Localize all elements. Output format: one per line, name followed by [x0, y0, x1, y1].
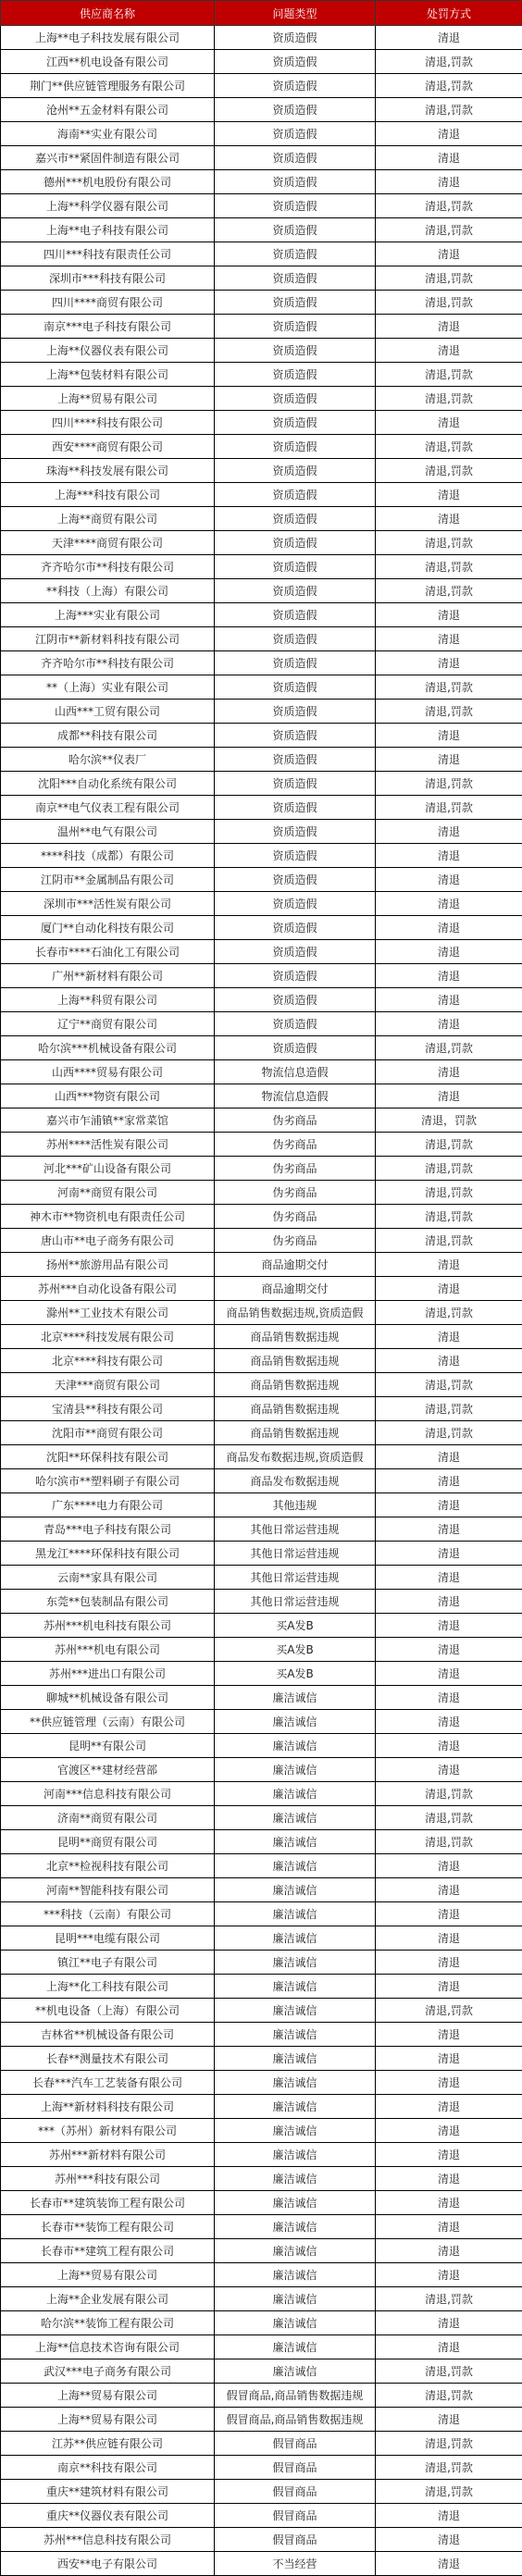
table-row: 上海**企业发展有限公司廉洁诚信清退,罚款 [1, 2287, 522, 2311]
penalty-cell: 清退,罚款 [376, 555, 522, 579]
issue-type-cell: 资质造假 [215, 98, 376, 122]
supplier-name-cell: 苏州***进出口有限公司 [1, 1662, 215, 1686]
penalty-cell: 清退,罚款 [376, 1133, 522, 1157]
table-row: 北京****科技发展有限公司商品销售数据违规清退 [1, 1325, 522, 1349]
issue-type-cell: 伪劣商品 [215, 1229, 376, 1253]
issue-type-cell: 廉洁诚信 [215, 2095, 376, 2119]
supplier-name-cell: 江苏**供应链有限公司 [1, 2432, 215, 2456]
table-row: 山西***物资有限公司物流信息造假清退 [1, 1084, 522, 1108]
supplier-name-cell: 苏州***自动化设备有限公司 [1, 1277, 215, 1301]
penalty-cell: 清退，罚款 [376, 1108, 522, 1133]
table-row: 上海**新材料科技有限公司廉洁诚信清退 [1, 2095, 522, 2119]
issue-type-cell: 资质造假 [215, 507, 376, 531]
issue-type-cell: 资质造假 [215, 675, 376, 700]
supplier-name-cell: 长春***汽车工艺装备有限公司 [1, 2071, 215, 2095]
penalty-cell: 清退,罚款 [376, 772, 522, 796]
penalty-cell: 清退 [376, 844, 522, 868]
table-row: 南京**科技有限公司假冒商品清退,罚款 [1, 2456, 522, 2480]
table-row: 温州**电气有限公司资质造假清退 [1, 820, 522, 844]
supplier-name-cell: 昆明***电缆有限公司 [1, 1926, 215, 1951]
issue-type-cell: 物流信息造假 [215, 1084, 376, 1108]
table-row: 江西**机电设备有限公司资质造假清退,罚款 [1, 50, 522, 74]
issue-type-cell: 廉洁诚信 [215, 1926, 376, 1951]
penalty-cell: 清退,罚款 [376, 1205, 522, 1229]
supplier-name-cell: 长春市**装饰工程有限公司 [1, 2215, 215, 2239]
issue-type-cell: 不当经营 [215, 2552, 376, 2576]
penalty-cell: 清退 [376, 2408, 522, 2432]
table-row: 北京****科技有限公司商品销售数据违规清退 [1, 1349, 522, 1373]
supplier-name-cell: 南京**科技有限公司 [1, 2456, 215, 2480]
table-row: 山西***工贸有限公司资质造假清退,罚款 [1, 700, 522, 724]
issue-type-cell: 商品逾期交付 [215, 1253, 376, 1277]
supplier-name-cell: 昆明**有限公司 [1, 1734, 215, 1758]
issue-type-cell: 假冒商品 [215, 2456, 376, 2480]
table-row: 山西****贸易有限公司物流信息造假清退 [1, 1060, 522, 1084]
table-row: 苏州***信息科技有限公司假冒商品清退 [1, 2528, 522, 2552]
supplier-name-cell: 海南**实业有限公司 [1, 122, 215, 146]
table-row: 苏州***机电有限公司买A发B清退 [1, 1638, 522, 1662]
table-row: 上海**电子科技发展有限公司资质造假清退 [1, 26, 522, 50]
penalty-cell: 清退 [376, 315, 522, 339]
issue-type-cell: 买A发B [215, 1662, 376, 1686]
table-header-row: 供应商名称 问题类型 处罚方式 [1, 1, 522, 26]
issue-type-cell: 资质造假 [215, 483, 376, 507]
issue-type-cell: 廉洁诚信 [215, 1710, 376, 1734]
issue-type-cell: 廉洁诚信 [215, 2263, 376, 2287]
issue-type-cell: 假冒商品 [215, 2432, 376, 2456]
penalty-cell: 清退 [376, 1975, 522, 1999]
issue-type-cell: 资质造假 [215, 579, 376, 603]
issue-type-cell: 假冒商品,商品销售数据违规 [215, 2384, 376, 2408]
supplier-name-cell: 苏州***机电科技有限公司 [1, 1614, 215, 1638]
penalty-cell: 清退,罚款 [376, 194, 522, 218]
supplier-name-cell: 北京****科技有限公司 [1, 1349, 215, 1373]
supplier-name-cell: 山西***工贸有限公司 [1, 700, 215, 724]
table-row: 长春市**建筑工程有限公司廉洁诚信清退 [1, 2239, 522, 2263]
table-row: 沈阳**环保科技有限公司商品发布数据违规,资质造假清退 [1, 1445, 522, 1469]
penalty-cell: 清退 [376, 1951, 522, 1975]
issue-type-cell: 资质造假 [215, 339, 376, 363]
table-row: 长春市****石油化工有限公司资质造假清退 [1, 940, 522, 964]
table-row: 苏州***机电科技有限公司买A发B清退 [1, 1614, 522, 1638]
table-row: 长春***汽车工艺装备有限公司廉洁诚信清退 [1, 2071, 522, 2095]
supplier-name-cell: 山西***物资有限公司 [1, 1084, 215, 1108]
table-row: 江阴市**新材料科技有限公司资质造假清退 [1, 627, 522, 651]
supplier-name-cell: 河南**智能科技有限公司 [1, 1878, 215, 1902]
penalty-cell: 清退 [376, 724, 522, 748]
supplier-name-cell: 长春市**建筑装饰工程有限公司 [1, 2191, 215, 2215]
issue-type-cell: 资质造假 [215, 411, 376, 435]
issue-type-cell: 资质造假 [215, 387, 376, 411]
table-row: 上海**科学仪器有限公司资质造假清退,罚款 [1, 194, 522, 218]
table-row: 珠海**科技发展有限公司资质造假清退,罚款 [1, 459, 522, 483]
table-row: 长春**测量技术有限公司廉洁诚信清退 [1, 2047, 522, 2071]
supplier-name-cell: 北京**检视科技有限公司 [1, 1854, 215, 1878]
supplier-name-cell: 厦门**自动化科技有限公司 [1, 916, 215, 940]
issue-type-cell: 商品销售数据违规 [215, 1421, 376, 1445]
supplier-name-cell: 河北***矿山设备有限公司 [1, 1157, 215, 1181]
issue-type-cell: 资质造假 [215, 291, 376, 315]
penalty-cell: 清退 [376, 1854, 522, 1878]
supplier-name-cell: 成都**科技有限公司 [1, 724, 215, 748]
supplier-name-cell: 河南**商贸有限公司 [1, 1181, 215, 1205]
penalty-cell: 清退 [376, 748, 522, 772]
supplier-name-cell: 天津****商贸有限公司 [1, 531, 215, 555]
supplier-name-cell: 江西**机电设备有限公司 [1, 50, 215, 74]
penalty-cell: 清退 [376, 1012, 522, 1036]
issue-type-cell: 伪劣商品 [215, 1205, 376, 1229]
supplier-name-cell: 天津***商贸有限公司 [1, 1373, 215, 1397]
penalty-cell: 清退 [376, 2528, 522, 2552]
issue-type-cell: 资质造假 [215, 74, 376, 98]
penalty-cell: 清退,罚款 [376, 700, 522, 724]
supplier-name-cell: 吉林省**机械设备有限公司 [1, 2023, 215, 2047]
issue-type-cell: 假冒商品 [215, 2504, 376, 2528]
issue-type-cell: 商品销售数据违规 [215, 1373, 376, 1397]
penalty-cell: 清退 [376, 892, 522, 916]
penalty-cell: 清退 [376, 651, 522, 675]
issue-type-cell: 资质造假 [215, 26, 376, 50]
issue-type-cell: 资质造假 [215, 748, 376, 772]
penalty-cell: 清退 [376, 1542, 522, 1566]
penalty-cell: 清退 [376, 1349, 522, 1373]
table-row: 昆明***电缆有限公司廉洁诚信清退 [1, 1926, 522, 1951]
penalty-cell: 清退,罚款 [376, 1036, 522, 1060]
table-row: 苏州***科技有限公司廉洁诚信清退 [1, 2167, 522, 2191]
table-row: 东莞**包装制品有限公司其他日常运营违规清退 [1, 1590, 522, 1614]
supplier-name-cell: 南京**电气仪表工程有限公司 [1, 796, 215, 820]
issue-type-cell: 廉洁诚信 [215, 2143, 376, 2167]
table-row: 广州**新材料有限公司资质造假清退 [1, 964, 522, 988]
supplier-name-cell: **（上海）实业有限公司 [1, 675, 215, 700]
penalty-cell: 清退 [376, 507, 522, 531]
issue-type-cell: 其他日常运营违规 [215, 1542, 376, 1566]
supplier-name-cell: 上海**信息技术咨询有限公司 [1, 2335, 215, 2359]
supplier-name-cell: 沈阳市**商贸有限公司 [1, 1421, 215, 1445]
supplier-name-cell: 滁州**工业技术有限公司 [1, 1301, 215, 1325]
table-row: 齐齐哈尔市**科技有限公司资质造假清退 [1, 651, 522, 675]
issue-type-cell: 资质造假 [215, 916, 376, 940]
table-row: 唐山市**电子商务有限公司伪劣商品清退,罚款 [1, 1229, 522, 1253]
penalty-cell: 清退 [376, 1638, 522, 1662]
table-row: 苏州***进出口有限公司买A发B清退 [1, 1662, 522, 1686]
table-row: 深圳市***科技有限公司资质造假清退,罚款 [1, 266, 522, 291]
table-row: 辽宁**商贸有限公司资质造假清退 [1, 1012, 522, 1036]
supplier-name-cell: 温州**电气有限公司 [1, 820, 215, 844]
table-row: 上海**电子科技有限公司资质造假清退,罚款 [1, 218, 522, 242]
table-body: 上海**电子科技发展有限公司资质造假清退江西**机电设备有限公司资质造假清退,罚… [1, 26, 522, 2576]
table-row: **科技（上海）有限公司资质造假清退,罚款 [1, 579, 522, 603]
issue-type-cell: 资质造假 [215, 651, 376, 675]
issue-type-cell: 廉洁诚信 [215, 2359, 376, 2384]
supplier-name-cell: 云南**家具有限公司 [1, 1566, 215, 1590]
supplier-name-cell: 上海**电子科技发展有限公司 [1, 26, 215, 50]
table-row: 上海**贸易有限公司假冒商品,商品销售数据违规清退 [1, 2408, 522, 2432]
penalty-cell: 清退,罚款 [376, 459, 522, 483]
supplier-name-cell: 哈尔滨***机械设备有限公司 [1, 1036, 215, 1060]
issue-type-cell: 资质造假 [215, 820, 376, 844]
supplier-name-cell: 武汉***电子商务有限公司 [1, 2359, 215, 2384]
penalty-cell: 清退 [376, 1662, 522, 1686]
table-row: 广东****电力有限公司其他违规清退 [1, 1493, 522, 1517]
table-row: 上海**贸易有限公司廉洁诚信清退 [1, 2263, 522, 2287]
issue-type-cell: 资质造假 [215, 988, 376, 1012]
supplier-name-cell: 苏州****活性炭有限公司 [1, 1133, 215, 1157]
penalty-cell: 清退 [376, 1566, 522, 1590]
supplier-name-cell: 荆门**供应链管理服务有限公司 [1, 74, 215, 98]
penalty-cell: 清退 [376, 1710, 522, 1734]
penalty-cell: 清退 [376, 2335, 522, 2359]
header-penalty: 处罚方式 [376, 1, 522, 26]
penalty-cell: 清退 [376, 1590, 522, 1614]
penalty-cell: 清退 [376, 868, 522, 892]
penalty-cell: 清退 [376, 1253, 522, 1277]
penalty-cell: 清退 [376, 820, 522, 844]
issue-type-cell: 廉洁诚信 [215, 2119, 376, 2143]
penalty-cell: 清退,罚款 [376, 363, 522, 387]
issue-type-cell: 其他违规 [215, 1493, 376, 1517]
issue-type-cell: 廉洁诚信 [215, 1758, 376, 1782]
issue-type-cell: 资质造假 [215, 435, 376, 459]
penalty-cell: 清退 [376, 2095, 522, 2119]
issue-type-cell: 伪劣商品 [215, 1181, 376, 1205]
supplier-name-cell: 苏州***机电有限公司 [1, 1638, 215, 1662]
supplier-name-cell: **科技（上海）有限公司 [1, 579, 215, 603]
table-row: 北京**检视科技有限公司廉洁诚信清退 [1, 1854, 522, 1878]
table-row: 河南**智能科技有限公司廉洁诚信清退 [1, 1878, 522, 1902]
supplier-name-cell: 四川****商贸有限公司 [1, 291, 215, 315]
table-row: 德州***机电股份有限公司资质造假清退 [1, 170, 522, 194]
issue-type-cell: 廉洁诚信 [215, 1975, 376, 1999]
issue-type-cell: 廉洁诚信 [215, 2335, 376, 2359]
supplier-name-cell: 长春**测量技术有限公司 [1, 2047, 215, 2071]
penalty-cell: 清退 [376, 2119, 522, 2143]
issue-type-cell: 廉洁诚信 [215, 1878, 376, 1902]
issue-type-cell: 资质造假 [215, 603, 376, 627]
issue-type-cell: 商品发布数据违规 [215, 1469, 376, 1493]
table-row: 滁州**工业技术有限公司商品销售数据违规,资质造假清退,罚款 [1, 1301, 522, 1325]
penalty-cell: 清退 [376, 242, 522, 266]
issue-type-cell: 廉洁诚信 [215, 2167, 376, 2191]
penalty-cell: 清退,罚款 [376, 387, 522, 411]
issue-type-cell: 廉洁诚信 [215, 2311, 376, 2335]
issue-type-cell: 廉洁诚信 [215, 1951, 376, 1975]
supplier-name-cell: 黑龙江****环保科技有限公司 [1, 1542, 215, 1566]
penalty-cell: 清退,罚款 [376, 2480, 522, 2504]
supplier-name-cell: 江阴市**新材料科技有限公司 [1, 627, 215, 651]
table-row: 天津***商贸有限公司商品销售数据违规清退,罚款 [1, 1373, 522, 1397]
table-row: 四川****商贸有限公司资质造假清退,罚款 [1, 291, 522, 315]
issue-type-cell: 资质造假 [215, 170, 376, 194]
issue-type-cell: 廉洁诚信 [215, 1806, 376, 1830]
issue-type-cell: 资质造假 [215, 772, 376, 796]
penalty-cell: 清退,罚款 [376, 675, 522, 700]
supplier-name-cell: 重庆**建筑材料有限公司 [1, 2480, 215, 2504]
supplier-name-cell: 广东****电力有限公司 [1, 1493, 215, 1517]
table-row: 江苏**供应链有限公司假冒商品清退,罚款 [1, 2432, 522, 2456]
supplier-name-cell: 沧州**五金材料有限公司 [1, 98, 215, 122]
table-row: 神木市**物资机电有限责任公司伪劣商品清退,罚款 [1, 1205, 522, 1229]
penalty-cell: 清退,罚款 [376, 98, 522, 122]
table-row: 哈尔滨市**塑料刷子有限公司商品发布数据违规清退 [1, 1469, 522, 1493]
penalty-cell: 清退 [376, 411, 522, 435]
table-row: 厦门**自动化科技有限公司资质造假清退 [1, 916, 522, 940]
penalty-cell: 清退,罚款 [376, 531, 522, 555]
penalty-cell: 清退 [376, 1902, 522, 1926]
table-row: ***科技（云南）有限公司廉洁诚信清退 [1, 1902, 522, 1926]
supplier-name-cell: 深圳市***活性炭有限公司 [1, 892, 215, 916]
supplier-name-cell: 南京***电子科技有限公司 [1, 315, 215, 339]
table-row: 南京**电气仪表工程有限公司资质造假清退,罚款 [1, 796, 522, 820]
issue-type-cell: 廉洁诚信 [215, 2215, 376, 2239]
supplier-name-cell: 神木市**物资机电有限责任公司 [1, 1205, 215, 1229]
table-row: 上海**化工科技有限公司廉洁诚信清退 [1, 1975, 522, 1999]
issue-type-cell: 廉洁诚信 [215, 2071, 376, 2095]
penalty-cell: 清退,罚款 [376, 2432, 522, 2456]
supplier-name-cell: 沈阳**环保科技有限公司 [1, 1445, 215, 1469]
issue-type-cell: 其他日常运营违规 [215, 1517, 376, 1542]
penalty-cell: 清退 [376, 2239, 522, 2263]
issue-type-cell: 商品发布数据违规,资质造假 [215, 1445, 376, 1469]
supplier-name-cell: 哈尔滨**仪表厂 [1, 748, 215, 772]
supplier-name-cell: 四川****科技有限公司 [1, 411, 215, 435]
issue-type-cell: 廉洁诚信 [215, 2191, 376, 2215]
issue-type-cell: 假冒商品,商品销售数据违规 [215, 2408, 376, 2432]
table-row: ***（苏州）新材料有限公司廉洁诚信清退 [1, 2119, 522, 2143]
supplier-name-cell: 上海**企业发展有限公司 [1, 2287, 215, 2311]
supplier-name-cell: 官渡区**建材经营部 [1, 1758, 215, 1782]
penalty-cell: 清退,罚款 [376, 266, 522, 291]
penalty-cell: 清退 [376, 2215, 522, 2239]
supplier-name-cell: 德州***机电股份有限公司 [1, 170, 215, 194]
supplier-name-cell: ****科技（成都）有限公司 [1, 844, 215, 868]
penalty-cell: 清退,罚款 [376, 1421, 522, 1445]
penalty-cell: 清退 [376, 146, 522, 170]
penalty-cell: 清退,罚款 [376, 218, 522, 242]
issue-type-cell: 商品销售数据违规 [215, 1397, 376, 1421]
issue-type-cell: 资质造假 [215, 315, 376, 339]
penalty-cell: 清退,罚款 [376, 74, 522, 98]
penalty-cell: 清退 [376, 1445, 522, 1469]
table-row: 济南**商贸有限公司廉洁诚信清退,罚款 [1, 1806, 522, 1830]
table-row: 苏州***自动化设备有限公司商品逾期交付清退 [1, 1277, 522, 1301]
penalty-cell: 清退 [376, 170, 522, 194]
supplier-name-cell: 上海**包装材料有限公司 [1, 363, 215, 387]
table-row: **供应链管理（云南）有限公司廉洁诚信清退 [1, 1710, 522, 1734]
penalty-cell: 清退 [376, 940, 522, 964]
table-row: **（上海）实业有限公司资质造假清退,罚款 [1, 675, 522, 700]
issue-type-cell: 商品销售数据违规,资质造假 [215, 1301, 376, 1325]
table-row: 宝清县**科技有限公司商品销售数据违规清退,罚款 [1, 1397, 522, 1421]
supplier-name-cell: 苏州***新材料有限公司 [1, 2143, 215, 2167]
issue-type-cell: 廉洁诚信 [215, 1830, 376, 1854]
supplier-name-cell: 山西****贸易有限公司 [1, 1060, 215, 1084]
table-row: 嘉兴市**紧固件制造有限公司资质造假清退 [1, 146, 522, 170]
table-row: 聊城**机械设备有限公司廉洁诚信清退 [1, 1686, 522, 1710]
table-row: 武汉***电子商务有限公司廉洁诚信清退,罚款 [1, 2359, 522, 2384]
supplier-name-cell: 扬州**旅游用品有限公司 [1, 1253, 215, 1277]
supplier-name-cell: 四川***科技有限责任公司 [1, 242, 215, 266]
table-row: 上海***科技有限公司资质造假清退 [1, 483, 522, 507]
issue-type-cell: 资质造假 [215, 531, 376, 555]
issue-type-cell: 资质造假 [215, 844, 376, 868]
issue-type-cell: 资质造假 [215, 194, 376, 218]
penalty-cell: 清退 [376, 1084, 522, 1108]
issue-type-cell: 廉洁诚信 [215, 2023, 376, 2047]
issue-type-cell: 廉洁诚信 [215, 1999, 376, 2023]
supplier-name-cell: 深圳市***科技有限公司 [1, 266, 215, 291]
penalty-cell: 清退,罚款 [376, 2287, 522, 2311]
supplier-name-cell: 广州**新材料有限公司 [1, 964, 215, 988]
issue-type-cell: 廉洁诚信 [215, 2239, 376, 2263]
penalty-cell: 清退,罚款 [376, 1999, 522, 2023]
table-row: 官渡区**建材经营部廉洁诚信清退 [1, 1758, 522, 1782]
table-row: 上海**仪器仪表有限公司资质造假清退 [1, 339, 522, 363]
supplier-name-cell: 上海***实业有限公司 [1, 603, 215, 627]
issue-type-cell: 资质造假 [215, 555, 376, 579]
supplier-name-cell: 江阴市**金属制品有限公司 [1, 868, 215, 892]
table-row: 长春市**装饰工程有限公司廉洁诚信清退 [1, 2215, 522, 2239]
supplier-name-cell: 齐齐哈尔市**科技有限公司 [1, 555, 215, 579]
supplier-name-cell: 宝清县**科技有限公司 [1, 1397, 215, 1421]
supplier-name-cell: 上海**贸易有限公司 [1, 387, 215, 411]
issue-type-cell: 资质造假 [215, 242, 376, 266]
supplier-penalty-table: 供应商名称 问题类型 处罚方式 上海**电子科技发展有限公司资质造假清退江西**… [0, 0, 522, 2576]
supplier-name-cell: 苏州***信息科技有限公司 [1, 2528, 215, 2552]
issue-type-cell: 假冒商品 [215, 2528, 376, 2552]
penalty-cell: 清退 [376, 339, 522, 363]
supplier-name-cell: 齐齐哈尔市**科技有限公司 [1, 651, 215, 675]
penalty-cell: 清退 [376, 603, 522, 627]
issue-type-cell: 伪劣商品 [215, 1157, 376, 1181]
supplier-name-cell: 济南**商贸有限公司 [1, 1806, 215, 1830]
table-row: **机电设备（上海）有限公司廉洁诚信清退,罚款 [1, 1999, 522, 2023]
header-supplier-name: 供应商名称 [1, 1, 215, 26]
supplier-name-cell: 长春市****石油化工有限公司 [1, 940, 215, 964]
supplier-name-cell: 重庆**仪器仪表有限公司 [1, 2504, 215, 2528]
table-row: 苏州***新材料有限公司廉洁诚信清退 [1, 2143, 522, 2167]
supplier-name-cell: ***（苏州）新材料有限公司 [1, 2119, 215, 2143]
penalty-cell: 清退,罚款 [376, 1806, 522, 1830]
issue-type-cell: 资质造假 [215, 724, 376, 748]
table-row: 海南**实业有限公司资质造假清退 [1, 122, 522, 146]
issue-type-cell: 资质造假 [215, 266, 376, 291]
penalty-cell: 清退 [376, 1493, 522, 1517]
supplier-name-cell: 唐山市**电子商务有限公司 [1, 1229, 215, 1253]
penalty-cell: 清退,罚款 [376, 1229, 522, 1253]
penalty-cell: 清退,罚款 [376, 50, 522, 74]
penalty-cell: 清退 [376, 964, 522, 988]
penalty-cell: 清退 [376, 1325, 522, 1349]
supplier-name-cell: 东莞**包装制品有限公司 [1, 1590, 215, 1614]
penalty-cell: 清退 [376, 2071, 522, 2095]
table-row: 荆门**供应链管理服务有限公司资质造假清退,罚款 [1, 74, 522, 98]
issue-type-cell: 伪劣商品 [215, 1108, 376, 1133]
issue-type-cell: 资质造假 [215, 868, 376, 892]
table-row: 哈尔滨**装饰工程有限公司廉洁诚信清退 [1, 2311, 522, 2335]
issue-type-cell: 商品逾期交付 [215, 1277, 376, 1301]
supplier-name-cell: 珠海**科技发展有限公司 [1, 459, 215, 483]
issue-type-cell: 廉洁诚信 [215, 1854, 376, 1878]
issue-type-cell: 假冒商品 [215, 2480, 376, 2504]
table-row: 江阴市**金属制品有限公司资质造假清退 [1, 868, 522, 892]
issue-type-cell: 廉洁诚信 [215, 2287, 376, 2311]
table-row: 镇江**电子有限公司廉洁诚信清退 [1, 1951, 522, 1975]
penalty-cell: 清退,罚款 [376, 1830, 522, 1854]
supplier-name-cell: 嘉兴市乍浦镇**家常菜馆 [1, 1108, 215, 1133]
issue-type-cell: 廉洁诚信 [215, 2047, 376, 2071]
supplier-name-cell: 辽宁**商贸有限公司 [1, 1012, 215, 1036]
